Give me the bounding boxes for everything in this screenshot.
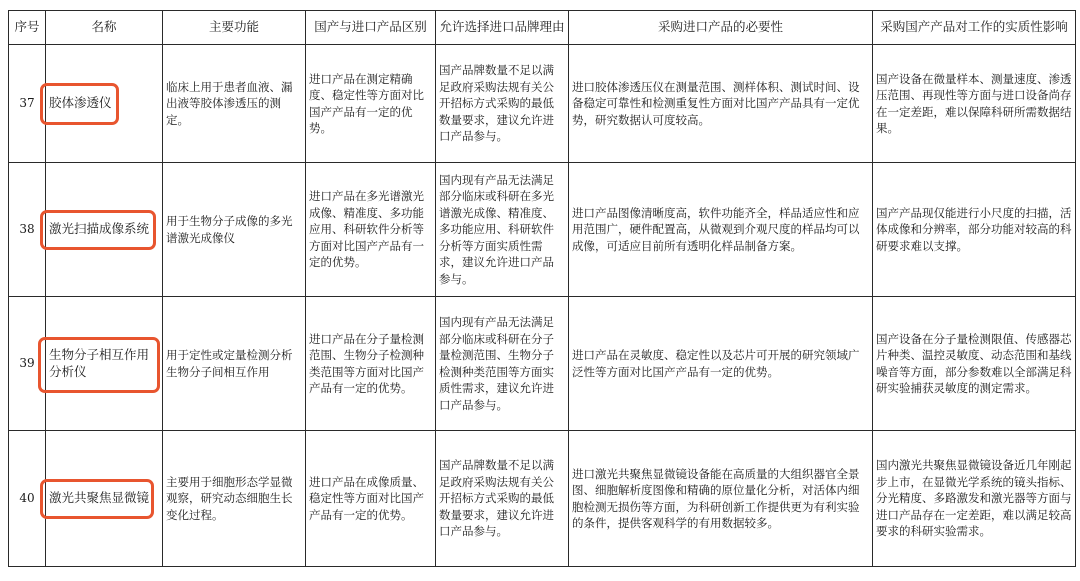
row-necessity: 进口激光共聚焦显微镜设备能在高质量的大组织器官全景图、细胞解析度图像和精确的原位… xyxy=(569,431,873,567)
row-function: 临床上用于患者血液、漏出液等胶体渗透压的测定。 xyxy=(163,45,306,163)
row-necessity: 进口产品在灵敏度、稳定性以及芯片可开展的研究领域广泛性等方面对比国产产品有一定的… xyxy=(569,297,873,431)
row-impact: 国产设备在微量样本、测量速度、渗透压范围、再现性等方面与进口设备尚存在一定差距，… xyxy=(873,45,1076,163)
row-index: 39 xyxy=(9,297,46,431)
row-impact: 国产产品现仅能进行小尺度的扫描，活体成像和分辨率，部分功能对较高的科研要求难以支… xyxy=(873,163,1076,297)
row-function: 用于定性或定量检测分析生物分子间相互作用 xyxy=(163,297,306,431)
row-reason: 国产品牌数量不足以满足政府采购法规有关公开招标方式采购的最低数量要求，建议允许进… xyxy=(436,431,569,567)
row-name: 激光扫描成像系统 xyxy=(49,221,149,236)
cropped-title-remnant xyxy=(300,0,780,4)
row-name: 激光共聚焦显微镜 xyxy=(49,490,149,505)
header-name: 名称 xyxy=(46,11,163,45)
row-name-cell: 激光共聚焦显微镜 xyxy=(46,431,163,567)
header-reason: 允许选择进口品牌理由 xyxy=(436,11,569,45)
row-reason: 国内现有产品无法满足部分临床或科研在分子量检测范围、生物分子检测种类范围等方面实… xyxy=(436,297,569,431)
table-row: 39 生物分子相互作用分析仪 用于定性或定量检测分析生物分子间相互作用 进口产品… xyxy=(9,297,1076,431)
row-necessity: 进口产品图像清晰度高，软件功能齐全，样品适应性和应用范围广，硬件配置高，从微观到… xyxy=(569,163,873,297)
header-necessity: 采购进口产品的必要性 xyxy=(569,11,873,45)
row-impact: 国产设备在分子量检测限值、传感器芯片种类、温控灵敏度、动态范围和基线噪音等方面，… xyxy=(873,297,1076,431)
row-difference: 进口产品在测定精确度、稳定性等方面对比国产产品有一定的优势。 xyxy=(306,45,436,163)
header-impact: 采购国产产品对工作的实质性影响 xyxy=(873,11,1076,45)
row-index: 40 xyxy=(9,431,46,567)
header-row: 序号 名称 主要功能 国产与进口产品区别 允许选择进口品牌理由 采购进口产品的必… xyxy=(9,11,1076,45)
row-reason: 国产品牌数量不足以满足政府采购法规有关公开招标方式采购的最低数量要求，建议允许进… xyxy=(436,45,569,163)
row-difference: 进口产品在成像质量、稳定性等方面对比国产产品有一定的优势。 xyxy=(306,431,436,567)
table-row: 37 胶体渗透仪 临床上用于患者血液、漏出液等胶体渗透压的测定。 进口产品在测定… xyxy=(9,45,1076,163)
table-row: 40 激光共聚焦显微镜 主要用于细胞形态学显微观察，研究动态细胞生长变化过程。 … xyxy=(9,431,1076,567)
row-name: 胶体渗透仪 xyxy=(49,95,112,110)
row-necessity: 进口胶体渗透压仪在测量范围、测样体积、测试时间、设备稳定可靠性和检测重复性方面对… xyxy=(569,45,873,163)
row-reason: 国内现有产品无法满足部分临床或科研在多光谱激光成像、精准度、多功能应用、科研软件… xyxy=(436,163,569,297)
row-function: 用于生物分子成像的多光谱激光成像仪 xyxy=(163,163,306,297)
row-function: 主要用于细胞形态学显微观察，研究动态细胞生长变化过程。 xyxy=(163,431,306,567)
header-function: 主要功能 xyxy=(163,11,306,45)
row-name: 生物分子相互作用分析仪 xyxy=(49,347,149,379)
header-index: 序号 xyxy=(9,11,46,45)
row-name-cell: 生物分子相互作用分析仪 xyxy=(46,297,163,431)
row-difference: 进口产品在分子量检测范围、生物分子检测种类范围等方面对比国产产品有一定的优势。 xyxy=(306,297,436,431)
table-row: 38 激光扫描成像系统 用于生物分子成像的多光谱激光成像仪 进口产品在多光谱激光… xyxy=(9,163,1076,297)
row-index: 38 xyxy=(9,163,46,297)
header-difference: 国产与进口产品区别 xyxy=(306,11,436,45)
imported-products-table: 序号 名称 主要功能 国产与进口产品区别 允许选择进口品牌理由 采购进口产品的必… xyxy=(8,10,1076,567)
row-impact: 国内激光共聚焦显微镜设备近几年刚起步上市，在显微光学系统的镜头指标、分光精度、多… xyxy=(873,431,1076,567)
row-difference: 进口产品在多光谱激光成像、精准度、多功能应用、科研软件分析等方面对比国产产品有一… xyxy=(306,163,436,297)
row-index: 37 xyxy=(9,45,46,163)
row-name-cell: 胶体渗透仪 xyxy=(46,45,163,163)
row-name-cell: 激光扫描成像系统 xyxy=(46,163,163,297)
